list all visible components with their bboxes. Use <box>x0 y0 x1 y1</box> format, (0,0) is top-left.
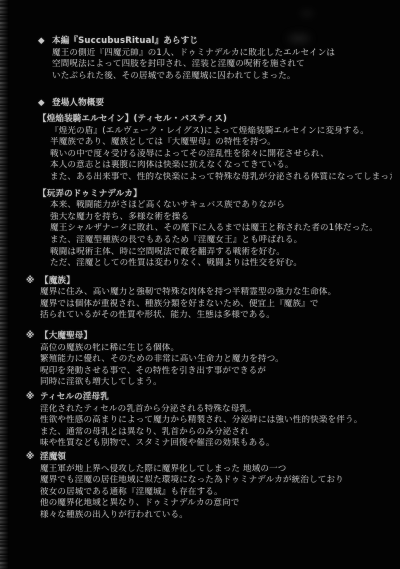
note-heading-text: 【魔族】 <box>40 276 75 286</box>
synopsis-heading-text: 本編『SuccubusRitual』あらすじ <box>52 36 198 46</box>
text-line: 繁殖能力に優れ、そのための非常に高い生命力と魔力を持つ。 <box>40 354 392 366</box>
characters-heading: ◆登場人物概要 <box>38 98 392 110</box>
text-line: また、淫魔型種族の長でもあるため『淫魔女王』とも呼ばれる。 <box>50 235 392 247</box>
reference-mark-icon: ※ <box>26 392 40 404</box>
section-character-elsein: 【煌焔装騎エルセイン】(ティセル・バスティス) 『煌光の盾』(エルヴェーク・レイ… <box>18 114 392 184</box>
text-line: また、ある出来事で、性的な快楽によって特殊な母乳が分泌される体質になってしまった… <box>50 172 392 184</box>
section-note-inmaryo: ※淫魔領 魔王軍が地上界へ侵攻した際に魔界化してしまった 地域の一つ 魔界でも淫… <box>18 452 392 522</box>
character-name: 【煌焔装騎エルセイン】(ティセル・バスティス) <box>38 114 392 126</box>
text-line: 他の魔界化地域と異なり、ドゥミナデルカの意向で <box>40 498 392 510</box>
note-heading-text: 淫魔領 <box>40 452 66 462</box>
section-note-inbonyu: ※ティセルの淫母乳 淫化されたティセルの乳首から分泌される特殊な母乳。 性欲や性… <box>18 392 392 450</box>
reference-mark-icon: ※ <box>26 331 40 343</box>
section-character-dominaderuka: 【玩弄のドゥミナデルカ】 本来、戦闘能力がさほど高くないサキュバス族でありながら… <box>18 189 392 270</box>
note-body: 魔王軍が地上界へ侵攻した際に魔界化してしまった 地域の一つ 魔界でも淫魔の居住地… <box>26 464 392 522</box>
character-description: 本来、戦闘能力がさほど高くないサキュバス族でありながら 強大な魔力を持ち、多様な… <box>38 200 392 270</box>
text-line: 空間呪法によって四肢を封印され、淫装と淫魔の呪術を施されて <box>52 59 392 71</box>
characters-heading-text: 登場人物概要 <box>52 98 104 108</box>
note-heading-text: ティセルの淫母乳 <box>40 392 109 402</box>
text-line: 戦闘は呪術主体、時に空間呪法で敵を翻弄する戦術を好む。 <box>50 247 392 259</box>
section-note-mazoku: ※【魔族】 魔界に住み、高い魔力と強靭で特殊な肉体を持つ半精霊型の強力な生命体。… <box>18 276 392 322</box>
text-line: 半魔族であり、魔族としては『大魔聖母』の特性を持つ。 <box>50 137 392 149</box>
text-line: 魔界でも淫魔の居住地域に似た環境になった為ドゥミナデルカが統治しており <box>40 475 392 487</box>
note-heading: ※淫魔領 <box>26 452 392 464</box>
text-line: 本人の意志とは裏腹に肉体は快楽に抗えなくなってきている。 <box>50 160 392 172</box>
text-line: 魔界では個体が重視され、種族分類を好まないため、便宜上『魔族』で <box>40 299 392 311</box>
reference-mark-icon: ※ <box>26 276 40 288</box>
synopsis-heading: ◆本編『SuccubusRitual』あらすじ <box>38 36 392 48</box>
text-line: ただ、淫魔としての性質は変わりなく、戦闘よりは性交を好む。 <box>50 258 392 270</box>
scanned-page: ◆本編『SuccubusRitual』あらすじ 魔王の側近『四魔元帥』の1人、ド… <box>0 0 400 569</box>
text-line: 戦いの中で度々受ける凌辱によってその淫乱性を徐々に開花させられ、 <box>50 149 392 161</box>
text-line: 『煌光の盾』(エルヴェーク・レイグス)によって煌焔装騎エルセインに変身する。 <box>50 126 392 138</box>
note-body: 淫化されたティセルの乳首から分泌される特殊な母乳。 性欲や性感の高まりによって魔… <box>26 404 392 450</box>
text-line: 彼女の居城である通称『淫魔城』も存在する。 <box>40 487 392 499</box>
note-body: 高位の魔族の牝に稀に生じる個体。 繁殖能力に優れ、そのための非常に高い生命力と魔… <box>26 343 392 389</box>
text-line: 同時に淫欲も増大してしまう。 <box>40 377 392 389</box>
text-line: 魔王の側近『四魔元帥』の1人、ドゥミナデルカに敗北したエルセインは <box>52 48 392 60</box>
text-line: 様々な種族の出入りが行われている。 <box>40 510 392 522</box>
character-name: 【玩弄のドゥミナデルカ】 <box>38 189 392 201</box>
text-line: 魔王シャルザナータに敗れ、その麾下に入るまでは魔王と称された者の1体だった。 <box>50 223 392 235</box>
diamond-bullet-icon: ◆ <box>38 98 52 110</box>
page-binding-edge-texture <box>0 0 9 569</box>
note-heading: ※ティセルの淫母乳 <box>26 392 392 404</box>
synopsis-body: 魔王の側近『四魔元帥』の1人、ドゥミナデルカに敗北したエルセインは 空間呪法によ… <box>38 48 392 83</box>
text-line: 味や性質なども別物で、スタミナ回復や催淫の効果もある。 <box>40 438 392 450</box>
note-heading: ※【魔族】 <box>26 276 392 288</box>
note-heading: ※【大魔聖母】 <box>26 331 392 343</box>
text-line: 呪印を発動させる事で、その特性を引き出す事ができるが <box>40 366 392 378</box>
text-line: また、通常の母乳とは異なり、乳首からのみ分泌され <box>40 427 392 439</box>
text-line: 魔王軍が地上界へ侵攻した際に魔界化してしまった 地域の一つ <box>40 464 392 476</box>
scan-smudge <box>300 10 314 17</box>
note-body: 魔界に住み、高い魔力と強靭で特殊な肉体を持つ半精霊型の強力な生命体。 魔界では個… <box>26 287 392 322</box>
text-line: 本来、戦闘能力がさほど高くないサキュバス族でありながら <box>50 200 392 212</box>
diamond-bullet-icon: ◆ <box>38 36 52 48</box>
text-line: 性欲や性感の高まりによって魔力から精製され、分泌時には強い性的快楽を伴う。 <box>40 415 392 427</box>
text-line: 高位の魔族の牝に稀に生じる個体。 <box>40 343 392 355</box>
character-description: 『煌光の盾』(エルヴェーク・レイグス)によって煌焔装騎エルセインに変身する。 半… <box>38 126 392 184</box>
text-line: 括られているがその性質や形状、能力、生態は多様である。 <box>40 310 392 322</box>
text-line: いたぶられた後、その居城である淫魔城に囚われてしまった。 <box>52 71 392 83</box>
page-text: ◆本編『SuccubusRitual』あらすじ 魔王の側近『四魔元帥』の1人、ド… <box>18 36 392 522</box>
section-note-daimaseibo: ※【大魔聖母】 高位の魔族の牝に稀に生じる個体。 繁殖能力に優れ、そのための非常… <box>18 331 392 389</box>
reference-mark-icon: ※ <box>26 452 40 464</box>
note-heading-text: 【大魔聖母】 <box>40 331 92 341</box>
text-line: 魔界に住み、高い魔力と強靭で特殊な肉体を持つ半精霊型の強力な生命体。 <box>40 287 392 299</box>
section-characters-heading: ◆登場人物概要 <box>18 98 392 110</box>
text-line: 淫化されたティセルの乳首から分泌される特殊な母乳。 <box>40 404 392 416</box>
section-synopsis: ◆本編『SuccubusRitual』あらすじ 魔王の側近『四魔元帥』の1人、ド… <box>18 36 392 82</box>
text-line: 強大な魔力を持ち、多様な術を操る <box>50 212 392 224</box>
